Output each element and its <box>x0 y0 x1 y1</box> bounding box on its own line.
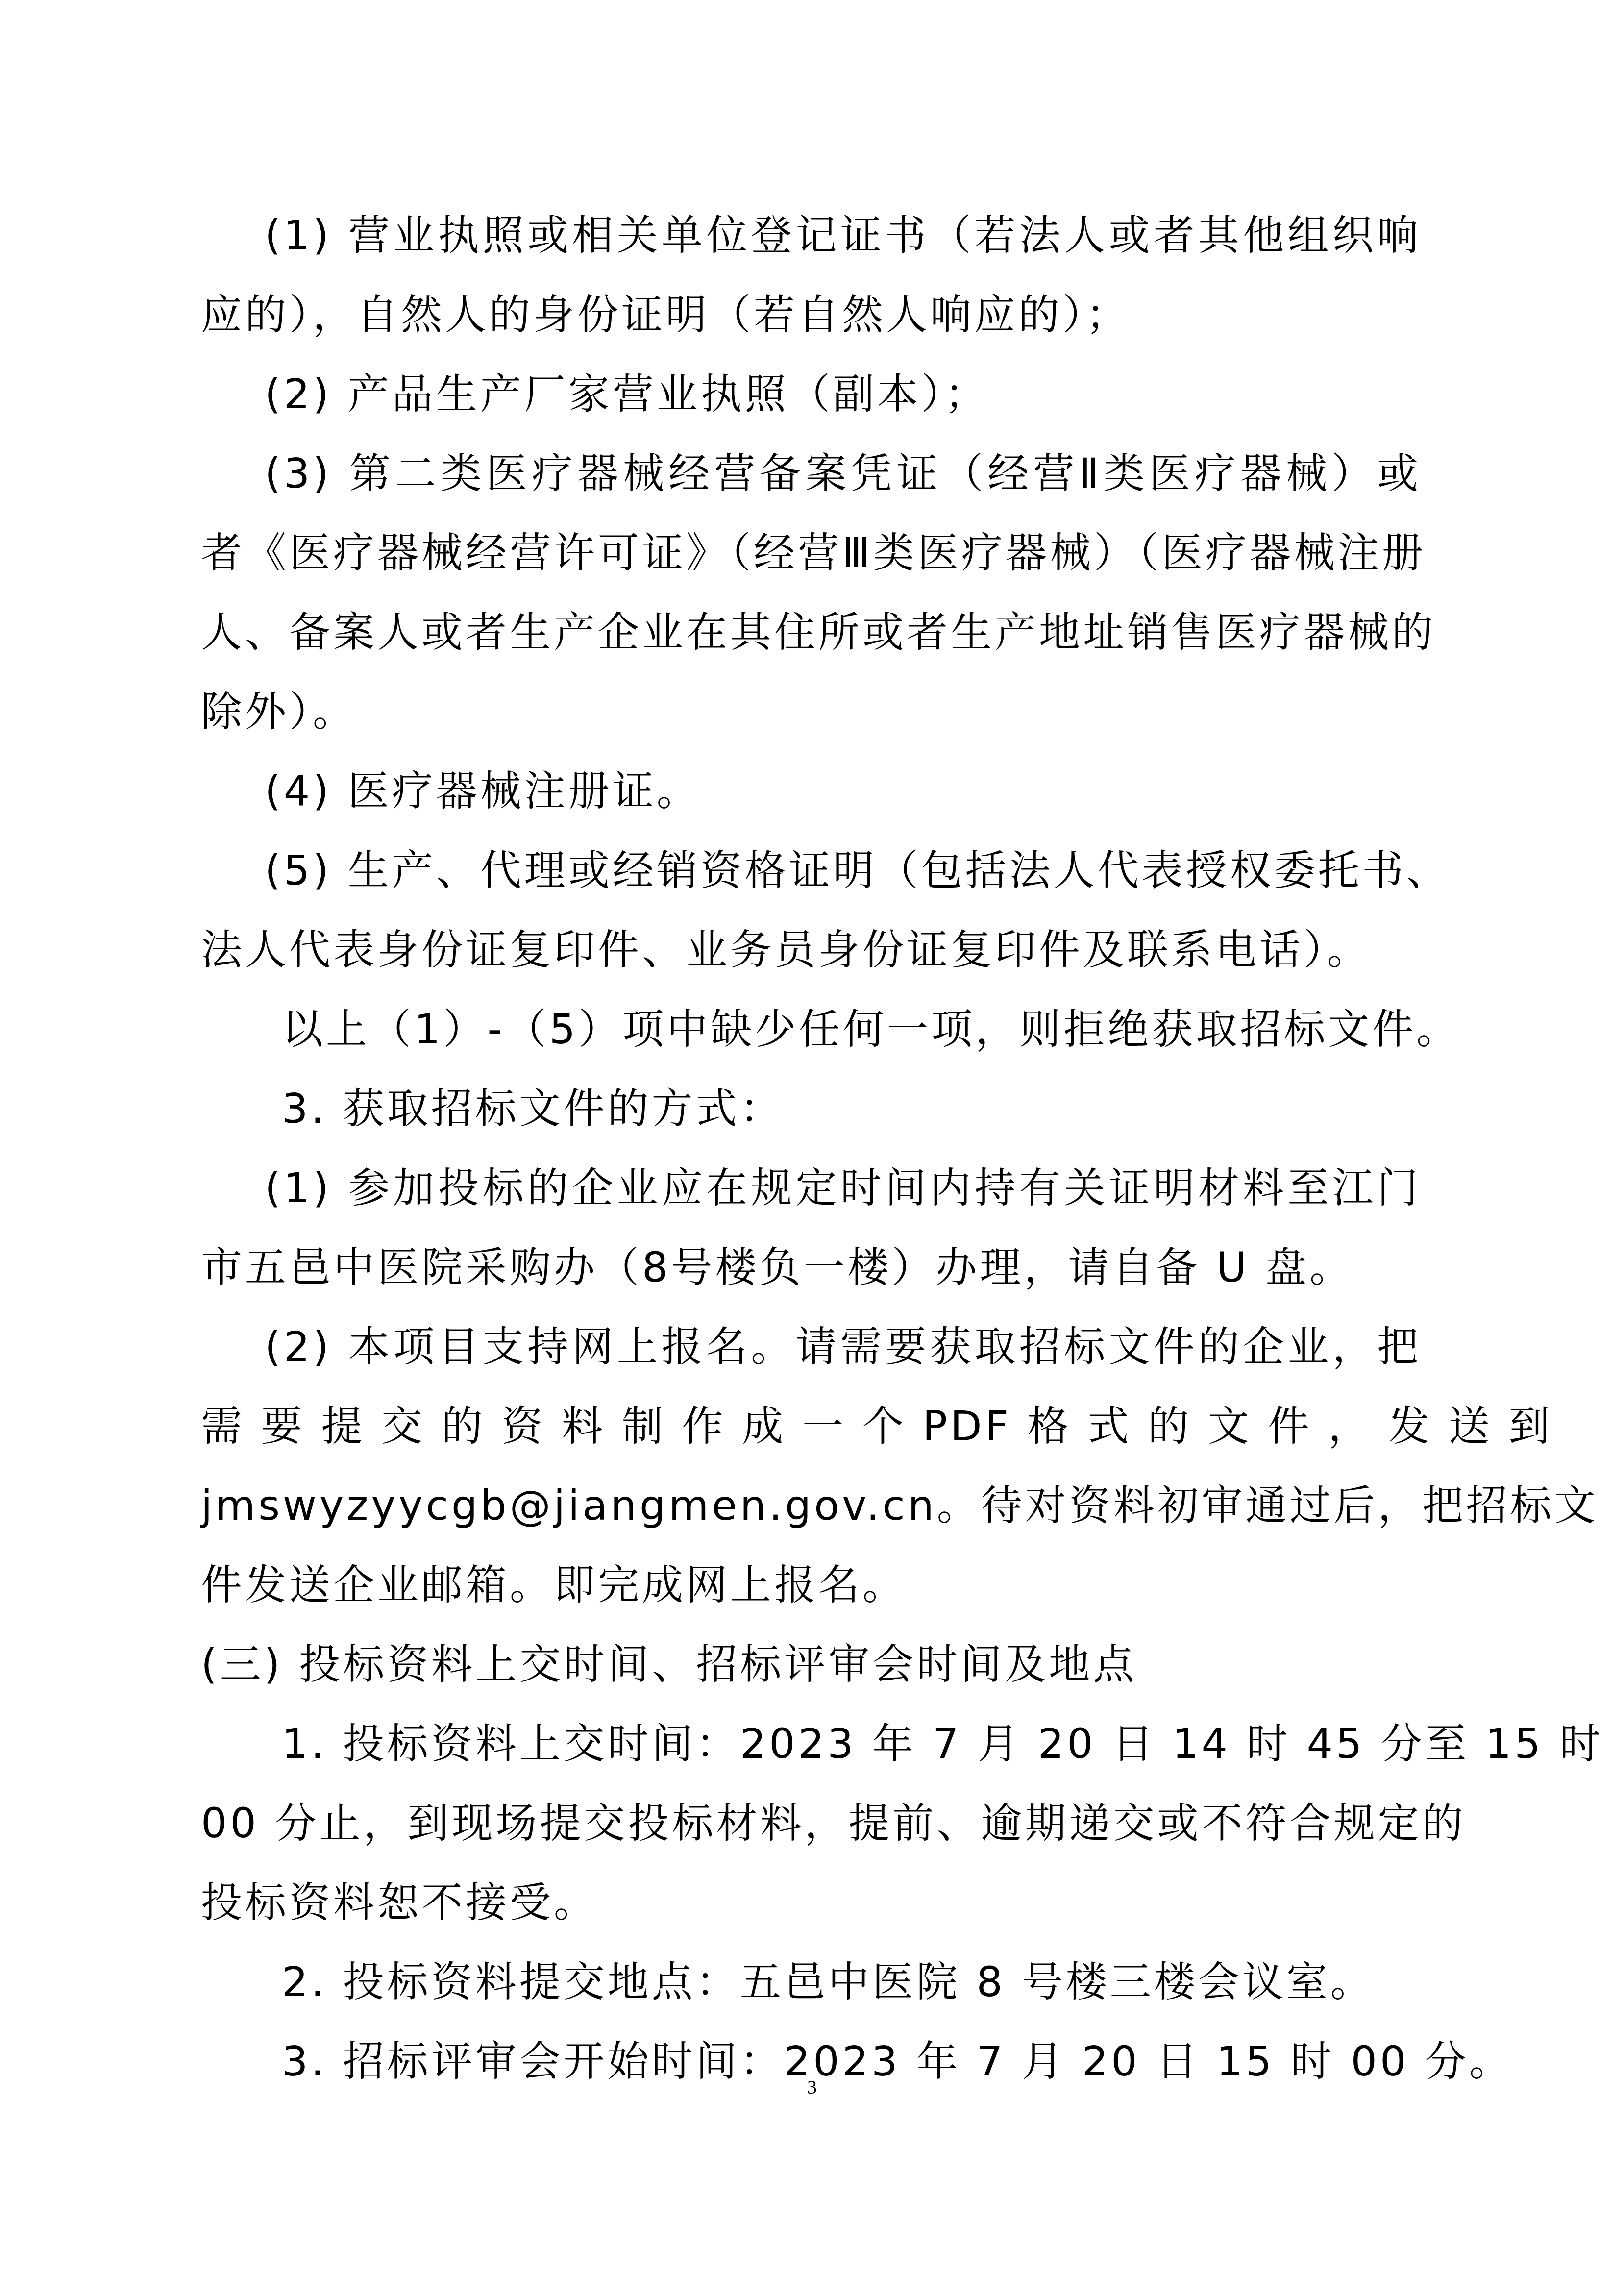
text-line: 人、备案人或者生产企业在其住所或者生产地址销售医疗器械的 <box>201 608 1421 657</box>
text-line: (2) 本项目支持网上报名。请需要获取招标文件的企业，把 <box>265 1322 1421 1371</box>
text-line: 以上（1）-（5）项中缺少任何一项，则拒绝获取招标文件。 <box>282 1005 1421 1054</box>
text-line: (1) 参加投标的企业应在规定时间内持有关证明材料至江门 <box>265 1163 1421 1212</box>
text-line: 需 要 提 交 的 资 料 制 作 成 一 个 PDF 格 式 的 文 件 ， … <box>201 1402 1421 1451</box>
text-line: 者《医疗器械经营许可证》（经营Ⅲ类医疗器械）（医疗器械注册 <box>201 528 1421 577</box>
section-heading: 3. 获取招标文件的方式： <box>282 1084 784 1133</box>
text-line: (5) 生产、代理或经销资格证明（包括法人代表授权委托书、 <box>265 846 1421 895</box>
text-line: (4) 医疗器械注册证。 <box>265 766 701 815</box>
email-line: jmswyzyycgb@jiangmen.gov.cn。待对资料初审通过后，把招… <box>201 1481 1421 1530</box>
section-heading: (三) 投标资料上交时间、招标评审会时间及地点 <box>201 1640 1137 1689</box>
text-line: (3) 第二类医疗器械经营备案凭证（经营Ⅱ类医疗器械）或 <box>265 449 1421 498</box>
text-line: 应的），自然人的身份证明（若自然人响应的）； <box>201 290 1130 339</box>
text-line: 1. 投标资料上交时间：2023 年 7 月 20 日 14 时 45 分至 1… <box>282 1719 1421 1768</box>
text-line: 2. 投标资料提交地点：五邑中医院 8 号楼三楼会议室。 <box>282 1957 1375 2006</box>
text-line: 件发送企业邮箱。即完成网上报名。 <box>201 1560 907 1609</box>
text-line: (2) 产品生产厂家营业执照（副本）； <box>265 370 989 419</box>
text-line: 00 分止，到现场提交投标材料，提前、逾期递交或不符合规定的 <box>201 1799 1421 1848</box>
text-line: 除外）。 <box>201 687 357 736</box>
text-line: (1) 营业执照或相关单位登记证书（若法人或者其他组织响 <box>265 211 1421 260</box>
text-line: 投标资料恕不接受。 <box>201 1878 598 1927</box>
page-number: 3 <box>0 2075 1624 2099</box>
text-line: 法人代表身份证复印件、业务员身份证复印件及联系电话）。 <box>201 925 1371 974</box>
text-line: 市五邑中医院采购办（8号楼负一楼）办理，请自备 U 盘。 <box>201 1243 1353 1292</box>
